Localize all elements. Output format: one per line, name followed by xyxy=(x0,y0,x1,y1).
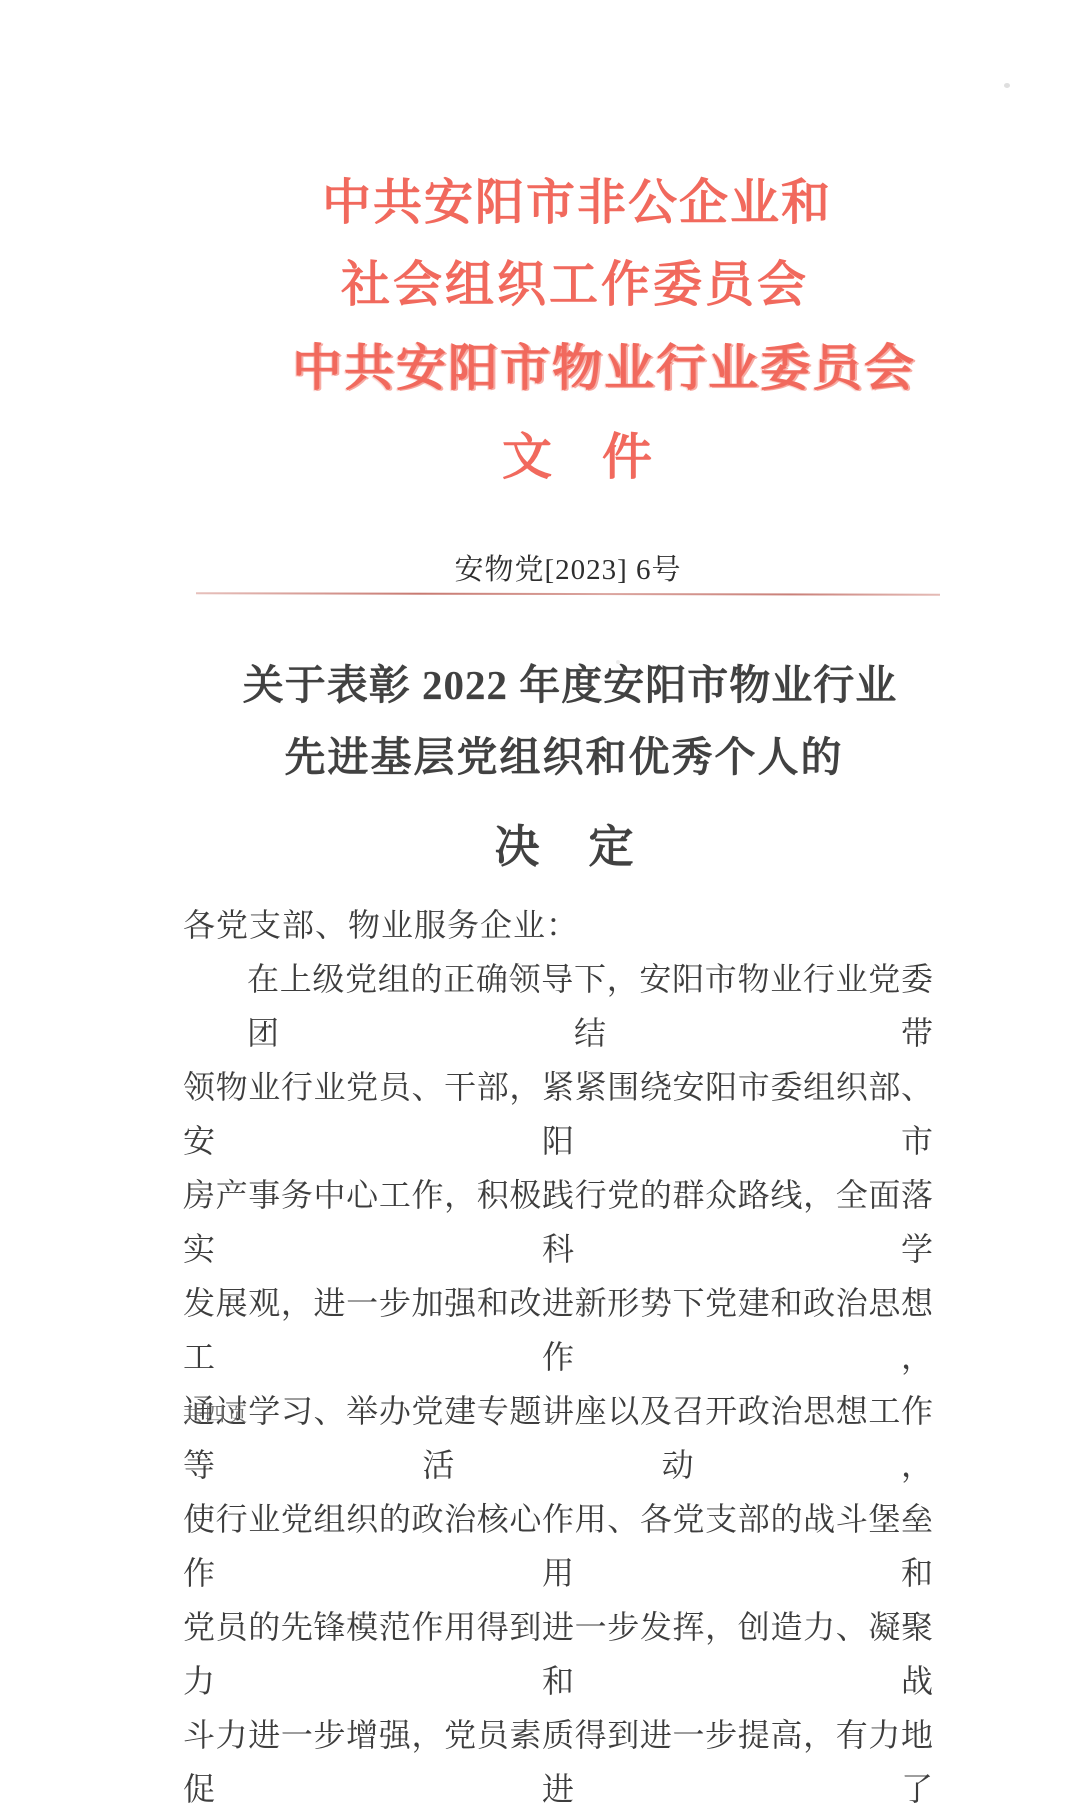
red-divider-line xyxy=(196,592,940,596)
scan-speck xyxy=(1004,83,1010,88)
doc-type-label: 文 件 xyxy=(37,417,1080,489)
paragraph-line: 发展观，进一步加强和改进新形势下党建和政治思想工作， xyxy=(183,1276,933,1384)
paragraph-line: 房产事务中心工作，积极践行党的群众路线，全面落实科学 xyxy=(183,1168,933,1276)
org-name-line-3: 中共安阳市物业行业委员会 xyxy=(64,328,1080,400)
paragraph-line: 在上级党组的正确领导下，安阳市物业行业党委团结带 xyxy=(183,952,933,1060)
title-line-1: 关于表彰 2022 年度安阳市物业行业 xyxy=(30,652,1080,711)
document-body: 各党支部、物业服务企业： 在上级党组的正确领导下，安阳市物业行业党委团结带 领物… xyxy=(183,898,933,1486)
title-decision: 决 定 xyxy=(25,810,1080,875)
pages-count-note: 共四页 xyxy=(183,1398,249,1427)
scan-speck xyxy=(616,660,620,664)
org-name-line-1: 中共安阳市非公企业和 xyxy=(37,164,1080,234)
title-line-2: 先进基层党组织和优秀个人的 xyxy=(24,724,1080,783)
paragraph-line: 通过学习、举办党建专题讲座以及召开政治思想工作等活动， xyxy=(183,1384,933,1486)
document-page: 中共安阳市非公企业和 社会组织工作委员会 中共安阳市物业行业委员会 文 件 安物… xyxy=(0,0,1080,1486)
paragraph-line: 领物业行业党员、干部，紧紧围绕安阳市委组织部、安阳市 xyxy=(183,1060,933,1168)
page-number: 1 xyxy=(543,1403,554,1429)
body-paragraph: 在上级党组的正确领导下，安阳市物业行业党委团结带 领物业行业党员、干部，紧紧围绕… xyxy=(183,952,933,1486)
org-name-line-2: 社会组织工作委员会 xyxy=(35,246,1080,316)
salutation: 各党支部、物业服务企业： xyxy=(183,898,933,952)
doc-number: 安物党[2023] 6号 xyxy=(28,547,1080,588)
